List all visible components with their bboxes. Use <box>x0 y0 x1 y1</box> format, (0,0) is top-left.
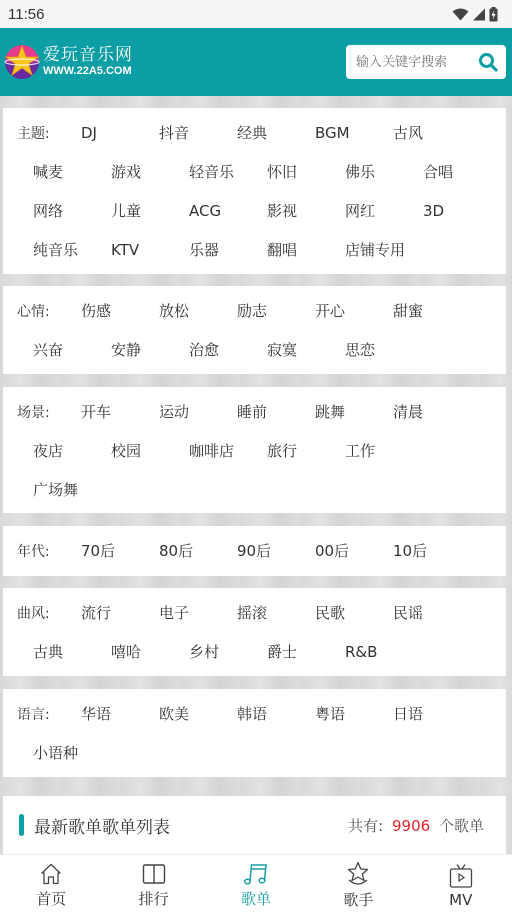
tag[interactable]: DJ <box>81 124 159 142</box>
tag[interactable]: 古风 <box>393 122 471 143</box>
category-label: 年代: <box>17 541 81 561</box>
bottom-tab-bar: 首页 排行 歌单 歌手 MV <box>0 854 512 916</box>
tag[interactable]: 轻音乐 <box>189 161 267 182</box>
tag[interactable]: 嘻哈 <box>111 641 189 662</box>
tag[interactable]: 3D <box>423 202 501 220</box>
category-row: 广场舞 <box>17 470 506 509</box>
tag[interactable]: 爵士 <box>267 641 345 662</box>
total-count: 9906 <box>392 817 430 835</box>
tag[interactable]: 小语种 <box>33 742 111 763</box>
tag[interactable]: 励志 <box>237 300 315 321</box>
tab-label: 歌单 <box>241 888 271 909</box>
category-row: 夜店 校园 咖啡店 旅行 工作 <box>17 431 506 470</box>
tag[interactable]: 放松 <box>159 300 237 321</box>
status-time: 11:56 <box>8 6 44 23</box>
tag[interactable]: 网红 <box>345 200 423 221</box>
category-row: 小语种 <box>17 733 506 772</box>
tag[interactable]: 80后 <box>159 540 237 561</box>
tag[interactable]: 民歌 <box>315 602 393 623</box>
category-row: 心情: 伤感 放松 励志 开心 甜蜜 <box>17 291 506 330</box>
category-row: 场景: 开车 运动 睡前 跳舞 清晨 <box>17 392 506 431</box>
category-label: 场景: <box>17 402 81 422</box>
tag[interactable]: 店铺专用 <box>345 239 423 260</box>
total-prefix: 共有: <box>348 817 383 835</box>
music-note-icon <box>243 862 269 886</box>
tag[interactable]: 翻唱 <box>267 239 345 260</box>
category-label: 语言: <box>17 704 81 724</box>
tag[interactable]: R&B <box>345 643 423 661</box>
category-row: 网络 儿童 ACG 影视 网红 3D <box>17 191 506 230</box>
tag[interactable]: 开心 <box>315 300 393 321</box>
tag[interactable]: 喊麦 <box>33 161 111 182</box>
tag[interactable]: KTV <box>111 241 189 259</box>
category-row: 年代: 70后 80后 90后 00后 10后 <box>17 531 506 570</box>
tag[interactable]: 合唱 <box>423 161 501 182</box>
tag[interactable]: 欧美 <box>159 703 237 724</box>
playlist-total: 共有: 9906 个歌单 <box>348 815 484 836</box>
tag[interactable]: 治愈 <box>189 339 267 360</box>
category-row: 喊麦 游戏 轻音乐 怀旧 佛乐 合唱 <box>17 152 506 191</box>
tag[interactable]: BGM <box>315 124 393 142</box>
tag[interactable]: ACG <box>189 202 267 220</box>
tab-home[interactable]: 首页 <box>0 862 102 909</box>
home-icon <box>39 862 63 886</box>
category-card-mood: 心情: 伤感 放松 励志 开心 甜蜜 兴奋 安静 治愈 寂寞 思恋 <box>3 286 506 374</box>
tag[interactable]: 儿童 <box>111 200 189 221</box>
tag[interactable]: 伤感 <box>81 300 159 321</box>
tag[interactable]: 乡村 <box>189 641 267 662</box>
tag[interactable]: 寂寞 <box>267 339 345 360</box>
tag[interactable]: 兴奋 <box>33 339 111 360</box>
category-row: 语言: 华语 欧美 韩语 粤语 日语 <box>17 694 506 733</box>
category-card-genre: 曲风: 流行 电子 摇滚 民歌 民谣 古典 嘻哈 乡村 爵士 R&B <box>3 588 506 676</box>
logo-title: 爱玩音乐网 <box>43 47 133 64</box>
app-header: 爱玩音乐网 WWW.22A5.COM <box>0 28 512 96</box>
logo-star-icon <box>5 45 39 79</box>
accent-bar <box>19 814 24 836</box>
playlist-list-header: 最新歌单歌单列表 共有: 9906 个歌单 <box>3 796 506 854</box>
tag[interactable]: 电子 <box>159 602 237 623</box>
tag[interactable]: 工作 <box>345 440 423 461</box>
tag[interactable]: 睡前 <box>237 401 315 422</box>
tag[interactable]: 广场舞 <box>33 479 111 500</box>
category-card-scene: 场景: 开车 运动 睡前 跳舞 清晨 夜店 校园 咖啡店 旅行 工作 广场舞 <box>3 387 506 513</box>
tab-mv[interactable]: MV <box>410 863 512 909</box>
tag[interactable]: 经典 <box>237 122 315 143</box>
list-title: 最新歌单歌单列表 <box>34 813 170 838</box>
star-icon <box>346 861 370 887</box>
category-label: 主题: <box>17 123 81 143</box>
content-area: 主题: DJ 抖音 经典 BGM 古风 喊麦 游戏 轻音乐 怀旧 佛乐 合唱 网… <box>0 96 512 854</box>
search-input[interactable] <box>356 55 466 70</box>
tag[interactable]: 网络 <box>33 200 111 221</box>
tag[interactable]: 古典 <box>33 641 111 662</box>
category-row: 主题: DJ 抖音 经典 BGM 古风 <box>17 113 506 152</box>
logo-domain: WWW.22A5.COM <box>43 66 133 77</box>
tab-singer[interactable]: 歌手 <box>307 861 409 910</box>
tag[interactable]: 佛乐 <box>345 161 423 182</box>
category-card-era: 年代: 70后 80后 90后 00后 10后 <box>3 526 506 576</box>
total-suffix: 个歌单 <box>439 817 484 835</box>
search-icon[interactable] <box>478 52 498 72</box>
tag[interactable]: 华语 <box>81 703 159 724</box>
tab-playlist[interactable]: 歌单 <box>205 862 307 909</box>
tag[interactable]: 清晨 <box>393 401 471 422</box>
tag[interactable]: 民谣 <box>393 602 471 623</box>
site-logo[interactable]: 爱玩音乐网 WWW.22A5.COM <box>5 45 133 79</box>
tab-ranking[interactable]: 排行 <box>103 862 205 909</box>
category-card-theme: 主题: DJ 抖音 经典 BGM 古风 喊麦 游戏 轻音乐 怀旧 佛乐 合唱 网… <box>3 108 506 274</box>
tag[interactable]: 怀旧 <box>267 161 345 182</box>
logo-text: 爱玩音乐网 WWW.22A5.COM <box>43 47 133 77</box>
category-row: 纯音乐 KTV 乐器 翻唱 店铺专用 <box>17 230 506 269</box>
list-title-group: 最新歌单歌单列表 <box>19 813 170 838</box>
book-icon <box>142 862 166 886</box>
tag[interactable]: 校园 <box>111 440 189 461</box>
tag[interactable]: 10后 <box>393 540 471 561</box>
tag[interactable]: 纯音乐 <box>33 239 111 260</box>
tag[interactable]: 开车 <box>81 401 159 422</box>
battery-charging-icon <box>489 7 498 22</box>
tag[interactable]: 00后 <box>315 540 393 561</box>
tag[interactable]: 影视 <box>267 200 345 221</box>
tag[interactable]: 运动 <box>159 401 237 422</box>
tag[interactable]: 70后 <box>81 540 159 561</box>
category-row: 兴奋 安静 治愈 寂寞 思恋 <box>17 330 506 369</box>
tab-label: 首页 <box>36 888 66 909</box>
tag[interactable]: 抖音 <box>159 122 237 143</box>
tag[interactable]: 乐器 <box>189 239 267 260</box>
status-bar: 11:56 <box>0 0 512 28</box>
tab-label: 排行 <box>139 888 169 909</box>
tag[interactable]: 韩语 <box>237 703 315 724</box>
tag[interactable]: 跳舞 <box>315 401 393 422</box>
category-card-language: 语言: 华语 欧美 韩语 粤语 日语 小语种 <box>3 689 506 777</box>
tag[interactable]: 摇滚 <box>237 602 315 623</box>
tag[interactable]: 安静 <box>111 339 189 360</box>
tag[interactable]: 粤语 <box>315 703 393 724</box>
tag[interactable]: 咖啡店 <box>189 440 267 461</box>
category-row: 曲风: 流行 电子 摇滚 民歌 民谣 <box>17 593 506 632</box>
signal-icon <box>472 8 486 21</box>
category-label: 曲风: <box>17 603 81 623</box>
category-label: 心情: <box>17 301 81 321</box>
status-icons <box>452 7 498 22</box>
tag[interactable]: 游戏 <box>111 161 189 182</box>
tag[interactable]: 旅行 <box>267 440 345 461</box>
tag[interactable]: 流行 <box>81 602 159 623</box>
tag[interactable]: 90后 <box>237 540 315 561</box>
tag[interactable]: 思恋 <box>345 339 423 360</box>
tag[interactable]: 日语 <box>393 703 471 724</box>
tab-label: MV <box>449 891 472 909</box>
category-row: 古典 嘻哈 乡村 爵士 R&B <box>17 632 506 671</box>
search-box <box>346 45 506 79</box>
wifi-icon <box>452 8 469 21</box>
tv-play-icon <box>449 863 473 889</box>
tag[interactable]: 甜蜜 <box>393 300 471 321</box>
tab-label: 歌手 <box>343 889 373 910</box>
tag[interactable]: 夜店 <box>33 440 111 461</box>
